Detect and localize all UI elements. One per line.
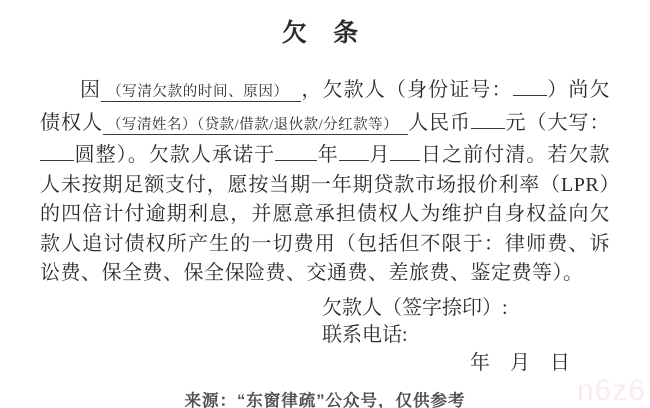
body-after-reason: ，欠款人（身份证号： [301,79,512,101]
amount-caps-blank-field [40,140,74,161]
contact-phone-line: 联系电话: [322,322,610,350]
body-paragraph: 因（写清欠款的时间、原因），欠款人（身份证号：）尚欠债权人（写清姓名）（贷款/借… [40,75,610,289]
body-lead: 因 [80,79,101,101]
id-number-blank-field [513,75,547,96]
amount-blank-field [471,108,505,129]
year-blank-field [275,140,317,161]
creditor-name-hint-blank: （写清姓名）（贷款/借款/退伙款/分红款等） [103,117,408,135]
day-blank-field [390,140,420,161]
month-blank-field [339,140,369,161]
iou-document: 欠 条 因（写清欠款的时间、原因），欠款人（身份证号：）尚欠债权人（写清姓名）（… [0,0,650,408]
currency-label: 人民币 [408,112,471,134]
month-label: 月 [369,144,391,166]
debtor-signature-line: 欠款人（签字捺印）: [322,295,610,323]
source-attribution: 来源：“东窗律疏”公众号，仅供参考 [0,387,650,408]
signature-block: 欠款人（签字捺印）: 联系电话: 年 月 日 [40,295,610,378]
reason-hint-blank: （写清欠款的时间、原因） [101,84,301,102]
document-title: 欠 条 [0,13,650,49]
body-after-caps: 圆整）。欠款人承诺于 [74,144,275,166]
year-label: 年 [317,144,339,166]
body-after-amount: 元（大写： [505,112,610,134]
watermark-text: n6z6 [577,374,646,408]
date-line: 年 月 日 [470,350,610,378]
